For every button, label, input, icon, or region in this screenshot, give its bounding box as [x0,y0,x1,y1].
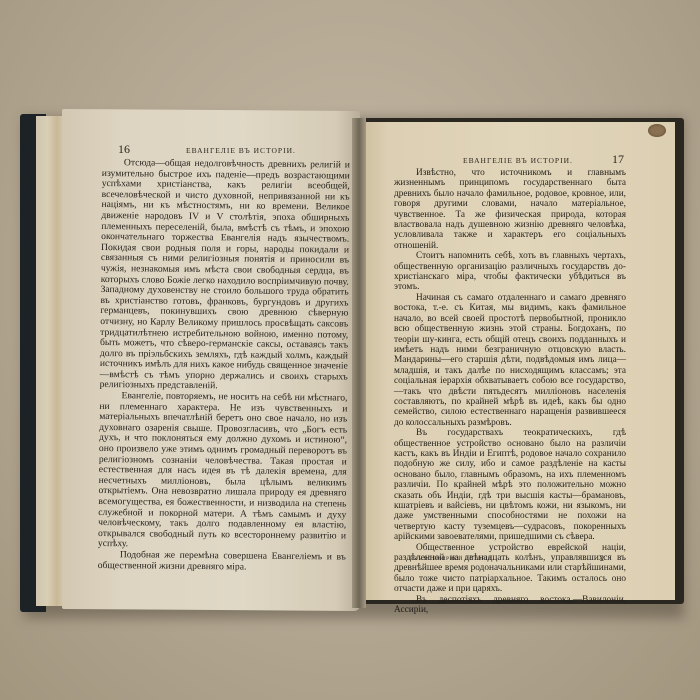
paragraph: Въ деспотiяхъ древняго востока,—Вавилонi… [394,595,626,616]
signature-line: изъ всемирной исторiи. [410,556,494,562]
paragraph: Отсюда—общая недолговѣчность древнихъ ре… [100,158,350,394]
paragraph: Начиная съ самаго отдаленнаго и самаго д… [394,293,626,428]
left-page-number: 16 [118,142,130,157]
paper-stain [648,124,666,137]
paragraph: Евангелiе, повторяемъ, не носитъ на себѣ… [98,391,348,552]
book-gutter [352,118,366,608]
paragraph: Подобная же перемѣна совершена Евангелiе… [98,550,346,574]
right-page-number: 17 [612,152,624,167]
left-page-body: Отсюда—общая недолговѣчность древнихъ ре… [98,158,350,574]
left-running-head: Евангелiе въ исторiи. [186,146,296,155]
paragraph: Извѣстно, что источникомъ и главнымъ жиз… [394,168,626,251]
signature-mark: 2 [600,554,604,563]
paragraph: Стоитъ напомнить себѣ, хоть въ главныхъ … [394,251,626,293]
open-book: 16 Евангелiе въ исторiи. Отсюда—общая не… [0,0,700,700]
right-running-head: Евангелiе въ исторiи. [463,156,573,165]
right-page-body: Извѣстно, что источникомъ и главнымъ жиз… [394,168,626,615]
paragraph: Общественное устройство еврейской нацiи,… [394,543,626,595]
paragraph: Въ государствахъ теократическихъ, гдѣ об… [394,428,626,542]
